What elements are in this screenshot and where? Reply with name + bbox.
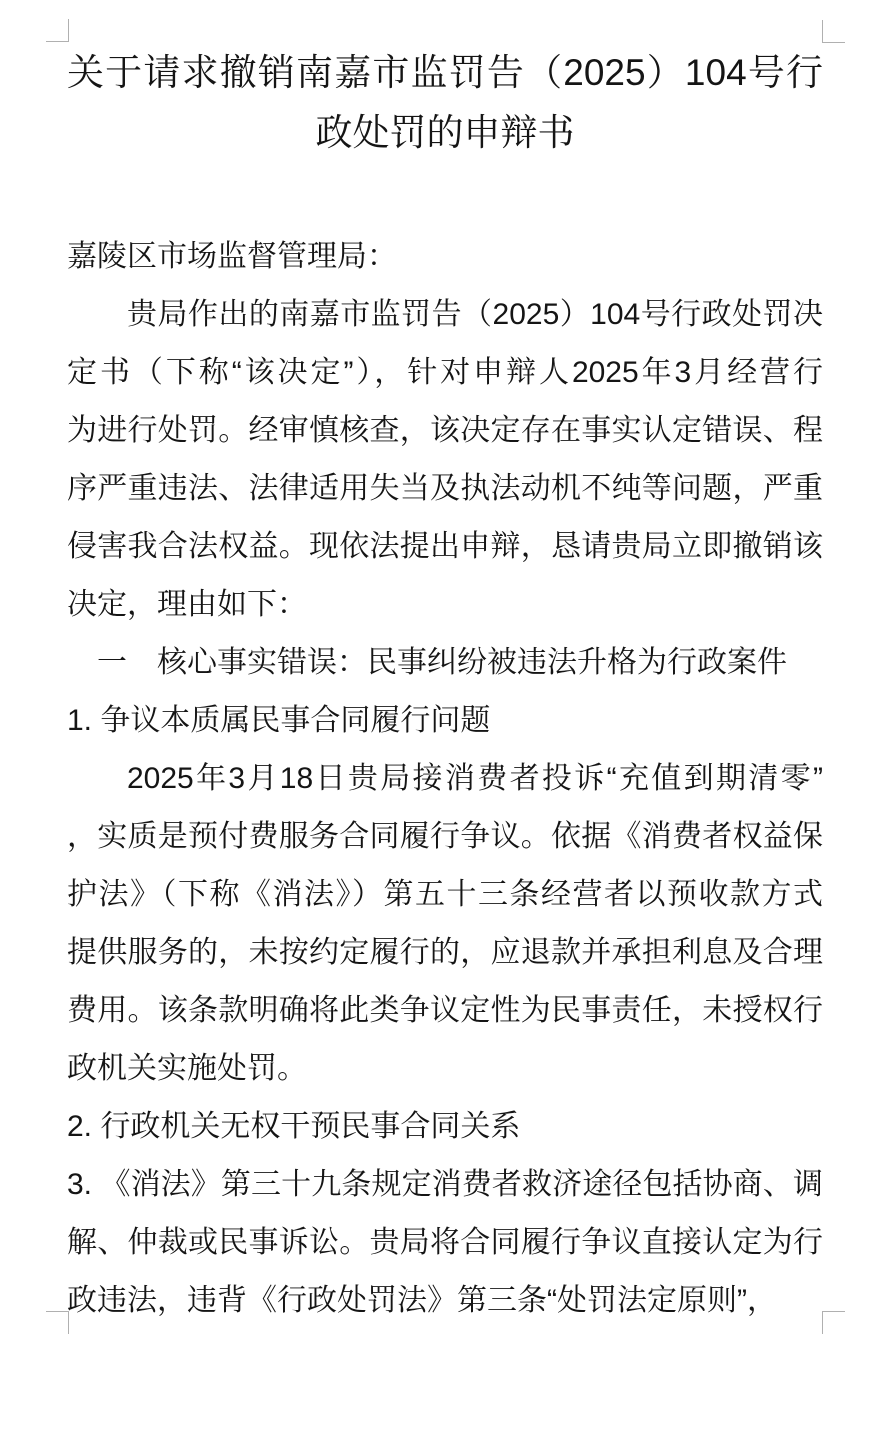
text-line: 护法》（下称《消法》）第五十三条经营者以预收款方式: [67, 866, 823, 924]
crop-mark-top-right: [822, 20, 845, 43]
text-line: 决定，理由如下：: [67, 576, 823, 634]
document-title: 关于请求撤销南嘉市监罚告（2025）104号行政处罚的申辩书: [67, 43, 823, 163]
text-line: 3. 《消法》第三十九条规定消费者救济途径包括协商、调: [67, 1156, 823, 1214]
text-line: 侵害我合法权益。现依法提出申辩，恳请贵局立即撤销该: [67, 518, 823, 576]
text-line: 为进行处罚。经审慎核查，该决定存在事实认定错误、程: [67, 402, 823, 460]
document-paragraphs: 嘉陵区市场监督管理局：贵局作出的南嘉市监罚告（2025）104号行政处罚决定书（…: [67, 228, 823, 1330]
text-line: 定书（下称“该决定”），针对申辩人2025年3月经营行: [67, 344, 823, 402]
title-line: 关于请求撤销南嘉市监罚告（2025）104号行: [67, 43, 823, 103]
text-line: 1. 争议本质属民事合同履行问题: [67, 692, 823, 750]
crop-mark-bottom-left: [46, 1311, 69, 1334]
text-line: 序严重违法、法律适用失当及执法动机不纯等问题，严重: [67, 460, 823, 518]
text-line: 费用。该条款明确将此类争议定性为民事责任，未授权行: [67, 982, 823, 1040]
text-line: ，实质是预付费服务合同履行争议。依据《消费者权益保: [67, 808, 823, 866]
text-line: 贵局作出的南嘉市监罚告（2025）104号行政处罚决: [67, 286, 823, 344]
title-line: 政处罚的申辩书: [67, 103, 823, 163]
text-line: 解、仲裁或民事诉讼。贵局将合同履行争议直接认定为行: [67, 1214, 823, 1272]
crop-mark-bottom-right: [822, 1311, 845, 1334]
text-line: 政违法，违背《行政处罚法》第三条“处罚法定原则”，: [67, 1272, 823, 1330]
text-line: 2. 行政机关无权干预民事合同关系: [67, 1098, 823, 1156]
text-line: 一 核心事实错误：民事纠纷被违法升格为行政案件: [67, 634, 823, 692]
document-page: 关于请求撤销南嘉市监罚告（2025）104号行政处罚的申辩书 嘉陵区市场监督管理…: [0, 0, 889, 1434]
document-body: 关于请求撤销南嘉市监罚告（2025）104号行政处罚的申辩书 嘉陵区市场监督管理…: [67, 43, 823, 1330]
text-line: 2025年3月18日贵局接消费者投诉“充值到期清零”: [67, 750, 823, 808]
text-line: 政机关实施处罚。: [67, 1040, 823, 1098]
crop-mark-top-left: [46, 19, 69, 42]
text-line: 提供服务的，未按约定履行的，应退款并承担利息及合理: [67, 924, 823, 982]
text-line: 嘉陵区市场监督管理局：: [67, 228, 823, 286]
